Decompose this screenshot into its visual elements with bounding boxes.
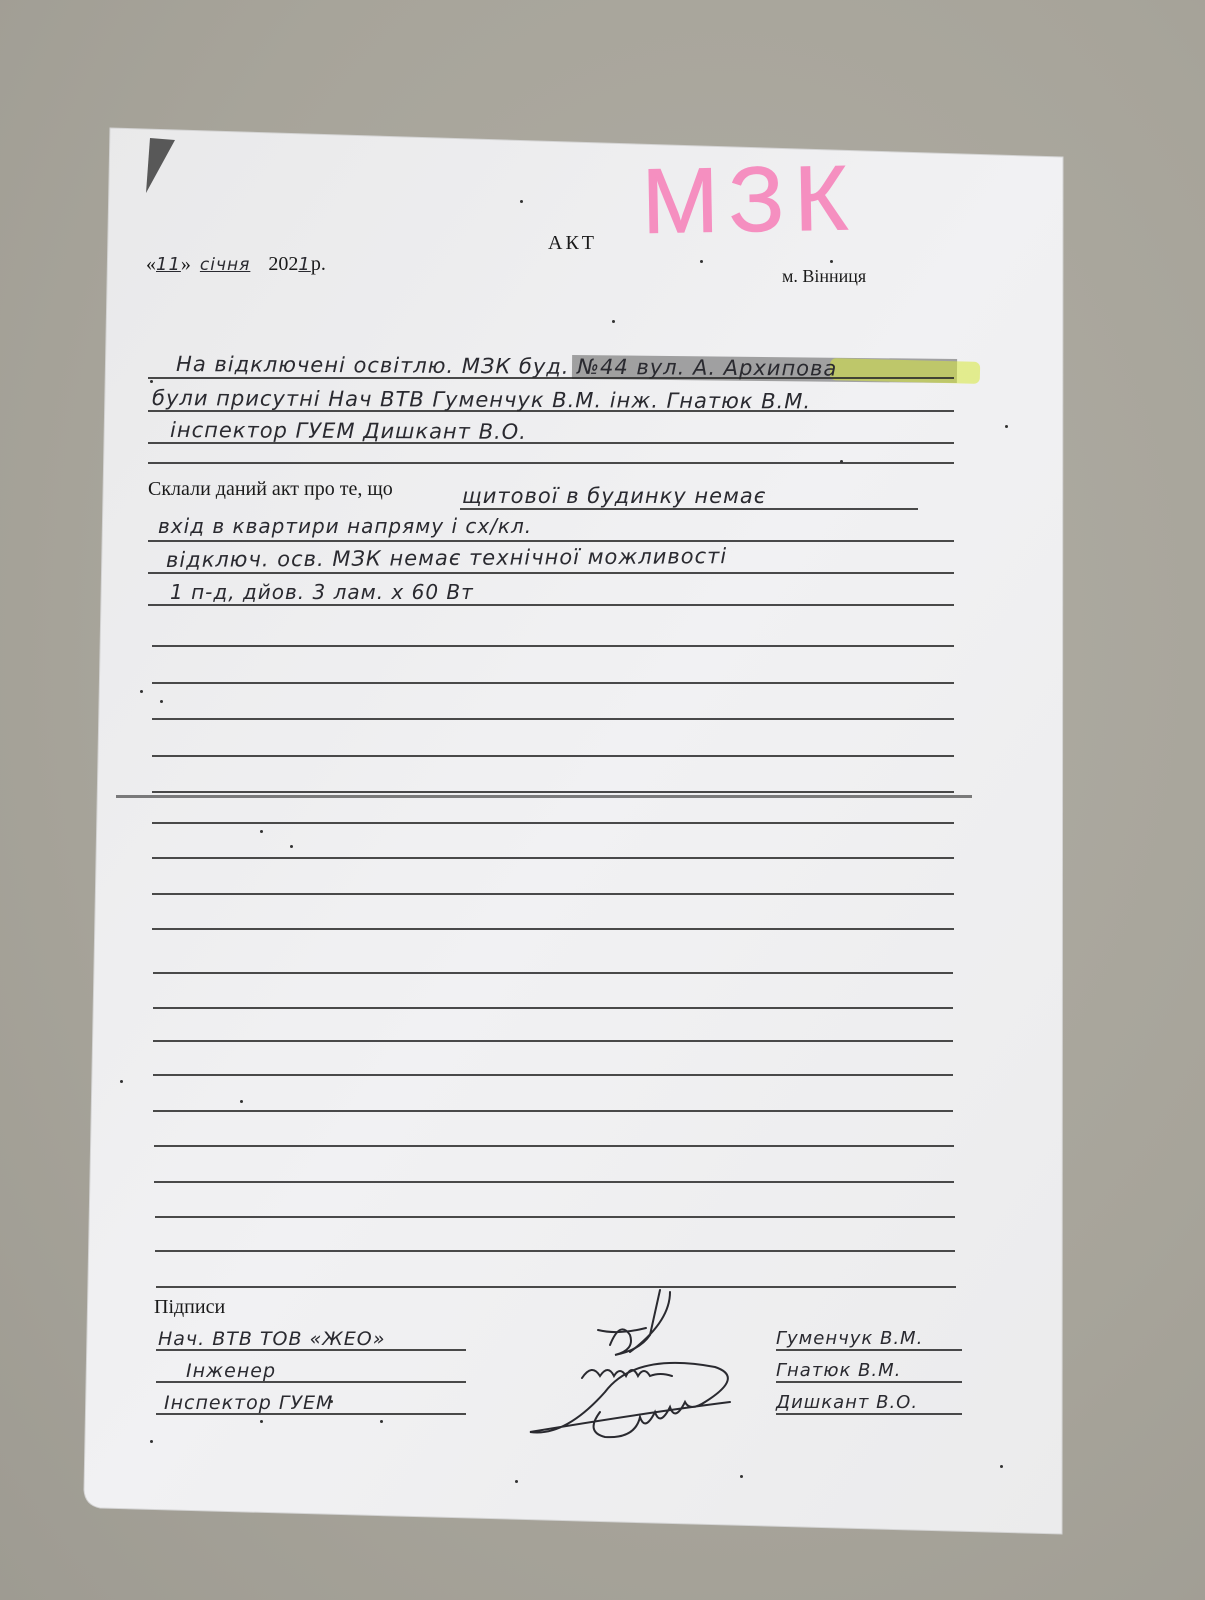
speck [700, 260, 703, 263]
speck [150, 1440, 153, 1443]
speck [840, 460, 843, 463]
speck [1005, 425, 1008, 428]
signature-scribbles [0, 0, 1205, 1600]
speck [330, 1400, 333, 1403]
speck [260, 1420, 263, 1423]
speck [150, 380, 153, 383]
speck [240, 1100, 243, 1103]
speck [515, 1480, 518, 1483]
speck [290, 845, 293, 848]
document-sheet: МЗК АКТ «11» січня2021р. м. Вінниця На в… [0, 0, 1205, 1600]
speck [260, 830, 263, 833]
speck [160, 700, 163, 703]
speck [520, 200, 523, 203]
speck [1000, 1465, 1003, 1468]
speck [140, 690, 143, 693]
speck [380, 1420, 383, 1423]
speck [120, 1080, 123, 1083]
speck [740, 1475, 743, 1478]
speck [830, 260, 833, 263]
speck [612, 320, 615, 323]
